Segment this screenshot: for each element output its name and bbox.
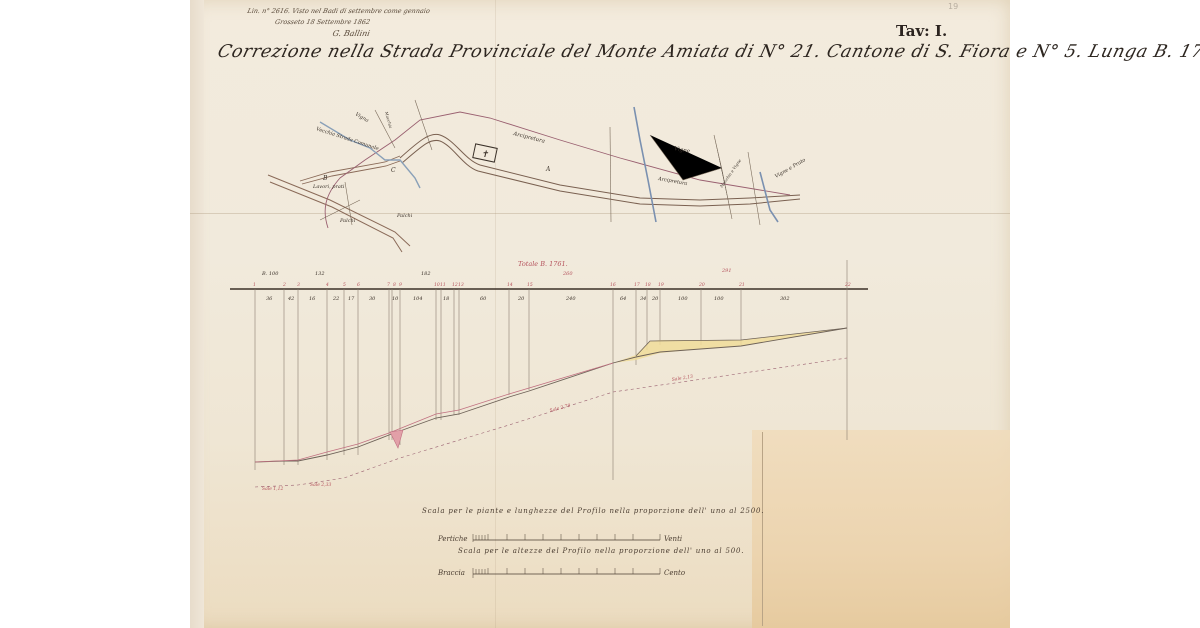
horizontal-scale-left-label: Pertiche <box>438 535 468 543</box>
segment-total-5: 291 <box>721 268 732 274</box>
distance-label: 20 <box>651 296 659 302</box>
horizontal-scale-title: Scala per le piante e lunghezze del Prof… <box>422 507 764 515</box>
label-vigne-prato: Vigne e Prato <box>774 157 807 179</box>
station-label: 17 <box>634 282 640 288</box>
station-label: 13 <box>458 282 464 288</box>
station-label: 2 <box>282 282 286 288</box>
station-label: 22 <box>844 282 851 288</box>
vertical-scale-right-label: Cento <box>664 569 685 577</box>
station-label: 12 <box>452 282 458 288</box>
label-vigna: Vigna <box>354 112 370 124</box>
survey-drawing: ✝ A B C Vecchia Strada Comunale Vigna La… <box>0 0 1200 628</box>
segment-total-3: 182 <box>421 271 431 277</box>
station-label: 14 <box>507 282 513 288</box>
longitudinal-profile: Totale B. 1761. B. 100 132 182 260 291 1… <box>230 260 868 492</box>
distance-label: 42 <box>287 296 294 302</box>
vertical-scale-left-label: Braccia <box>438 569 465 577</box>
station-label: 9 <box>399 282 402 288</box>
point-b-label: B <box>322 175 328 182</box>
station-label: 4 <box>325 282 329 288</box>
distance-label: 64 <box>620 296 626 302</box>
horizontal-scale-right-label: Venti <box>664 535 682 543</box>
gradient-label: Sale 1,12 <box>262 486 283 492</box>
station-label: 8 <box>393 282 396 288</box>
distance-label: 34 <box>640 296 646 302</box>
label-macchia: Macchia <box>384 110 394 129</box>
station-label: 19 <box>658 282 664 288</box>
distance-label: 104 <box>413 296 423 302</box>
station-label: 3 <box>297 282 300 288</box>
gradient-label: Sale 2,33 <box>310 482 331 488</box>
station-label: 1 <box>253 282 256 288</box>
point-a-label: A <box>545 166 551 173</box>
distance-label: 22 <box>332 296 339 302</box>
church-cross-icon: ✝ <box>481 150 489 160</box>
profile-total-label: Totale B. 1761. <box>518 260 568 268</box>
segment-total-4: 260 <box>562 271 573 277</box>
station-label: 11 <box>440 282 446 288</box>
scale-bars <box>473 534 660 578</box>
segment-total-2: 132 <box>315 271 325 277</box>
station-label: 7 <box>387 282 390 288</box>
distance-label: 18 <box>443 296 449 302</box>
distance-label: 240 <box>565 296 576 302</box>
station-label: 20 <box>698 282 705 288</box>
distance-label: 100 <box>714 296 724 302</box>
distance-label: 20 <box>517 296 525 302</box>
plan-view: ✝ A B C Vecchia Strada Comunale Vigna La… <box>268 100 807 252</box>
distance-label: 100 <box>678 296 688 302</box>
distance-label: 17 <box>348 296 355 302</box>
distance-label: 30 <box>369 296 376 302</box>
distance-label: 10 <box>392 296 399 302</box>
distance-label: 60 <box>480 296 487 302</box>
distance-label: 16 <box>309 296 316 302</box>
point-c-label: C <box>391 167 396 174</box>
station-label: 5 <box>343 282 346 288</box>
station-label: 15 <box>527 282 533 288</box>
segment-total-1: B. 100 <box>261 271 279 277</box>
gradient-label: Sale 2,78 <box>549 403 571 414</box>
station-label: 6 <box>357 282 360 288</box>
label-arcipretura-1: Arcipretura <box>512 131 546 145</box>
station-label: 10 <box>434 282 440 288</box>
distance-label: 302 <box>780 296 790 302</box>
station-label: 18 <box>645 282 651 288</box>
station-label: 21 <box>738 282 745 288</box>
station-label: 16 <box>610 282 616 288</box>
distance-label: 36 <box>266 296 273 302</box>
label-palchi-1: Palchi <box>339 218 356 224</box>
label-lavori-prati: Lavori, prati <box>312 184 345 190</box>
label-vecchia-strada: Vecchia Strada Comunale <box>315 126 379 152</box>
vertical-scale-title: Scala per le altezze del Profilo nella p… <box>458 547 744 555</box>
gradient-label: Sale 2,13 <box>671 374 693 383</box>
label-palchi-2: Palchi <box>396 213 413 219</box>
